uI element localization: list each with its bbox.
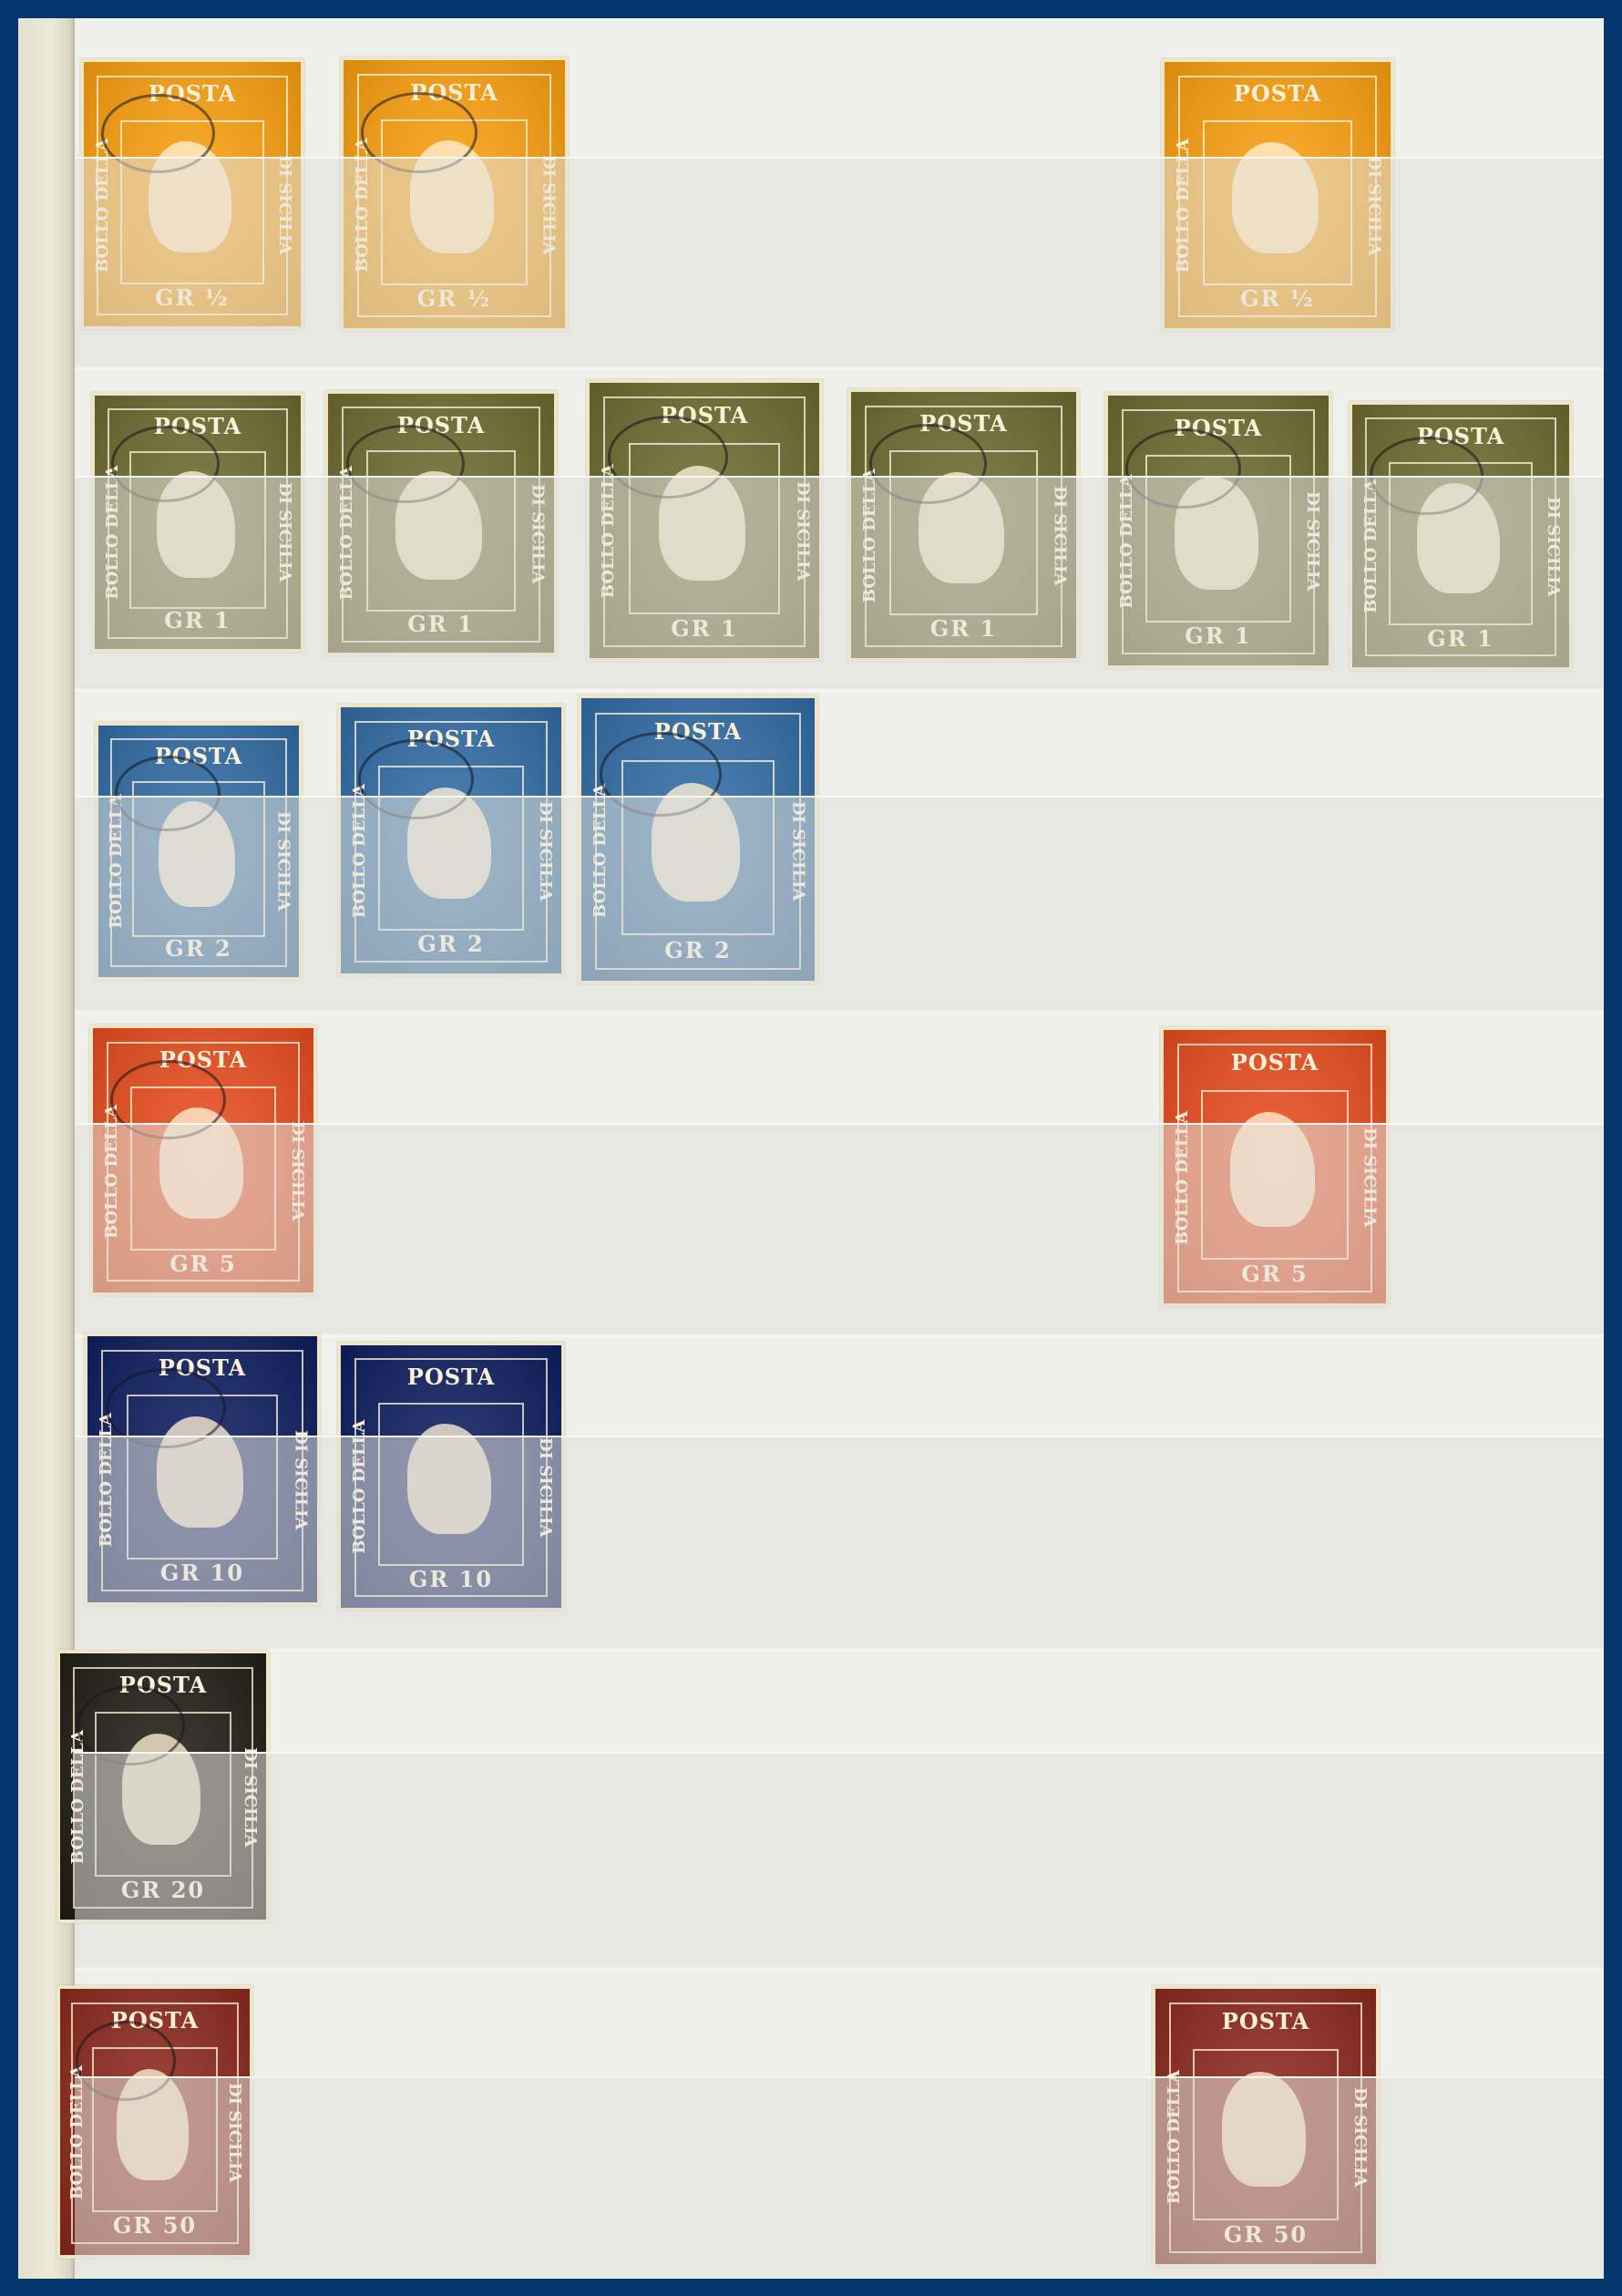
stamp-top-text: POSTA [1155,2008,1376,2034]
glassine-pocket [75,2076,1604,2277]
glassine-pocket [75,1436,1604,1648]
stamp-top-text: POSTA [1164,1049,1386,1076]
glassine-pocket [75,476,1604,688]
glassine-pocket [75,1752,1604,1967]
glassine-pocket [75,1123,1604,1333]
stamp-top-text: POSTA [1165,80,1391,107]
glassine-pocket [75,796,1604,1010]
stamp-top-text: POSTA [341,1364,561,1390]
stockbook-page: POSTA BOLLO DELLA DI SICILIA GR ½ POSTA … [18,18,1604,2279]
glassine-pocket [75,157,1604,366]
page-binding-strip [18,18,75,2279]
